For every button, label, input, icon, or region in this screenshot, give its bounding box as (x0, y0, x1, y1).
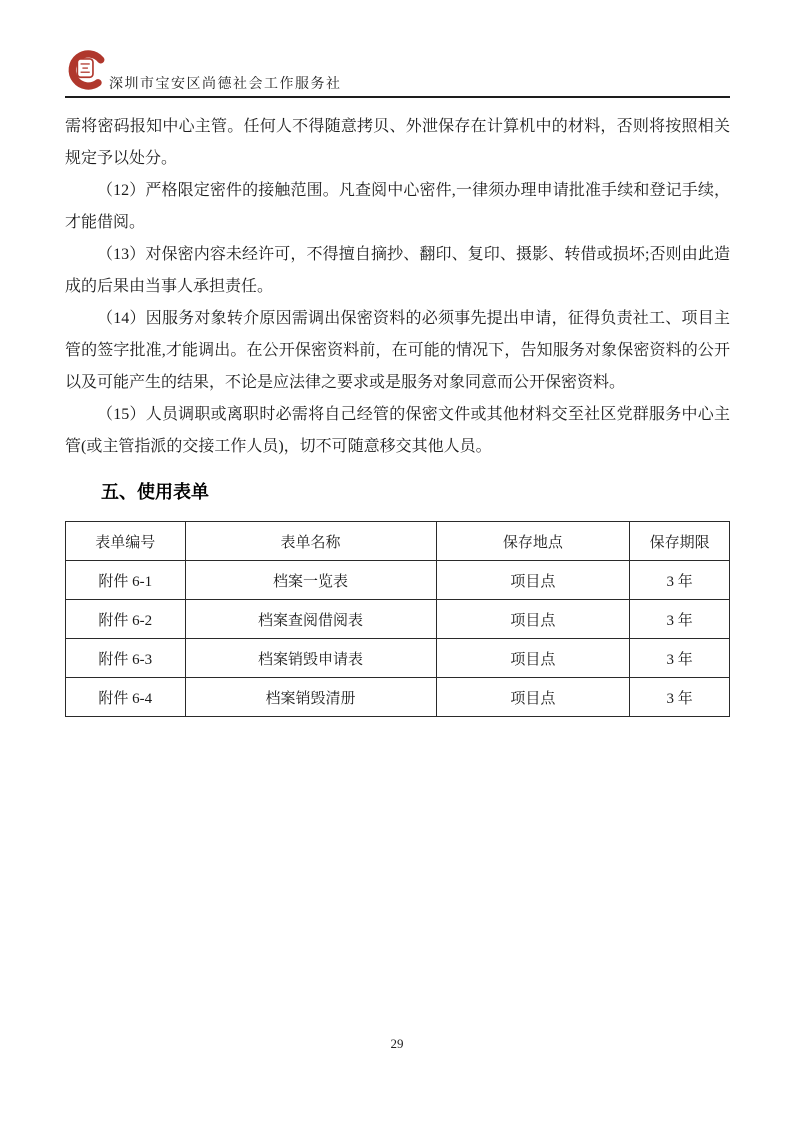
paragraph-item-12: （12）严格限定密件的接触范围。凡查阅中心密件,一律须办理申请批准手续和登记手续… (65, 175, 730, 239)
table-cell: 档案销毁清册 (185, 678, 436, 717)
table-cell: 3 年 (630, 561, 730, 600)
table-cell: 附件 6-1 (66, 561, 186, 600)
paragraph-item-15: （15）人员调职或离职时必需将自己经管的保密文件或其他材料交至社区党群服务中心主… (65, 399, 730, 463)
table-cell: 3 年 (630, 678, 730, 717)
table-cell: 档案销毁申请表 (185, 639, 436, 678)
org-logo-icon (65, 44, 109, 94)
document-page: 深圳市宝安区尚德社会工作服务社 需将密码报知中心主管。任何人不得随意拷贝、外泄保… (0, 0, 794, 1123)
table-cell: 档案查阅借阅表 (185, 600, 436, 639)
table-cell: 附件 6-3 (66, 639, 186, 678)
table-row: 附件 6-1 档案一览表 项目点 3 年 (66, 561, 730, 600)
paragraph-item-13: （13）对保密内容未经许可，不得擅自摘抄、翻印、复印、摄影、转借或损坏;否则由此… (65, 239, 730, 303)
table-cell: 档案一览表 (185, 561, 436, 600)
table-cell: 项目点 (436, 639, 630, 678)
page-content: 深圳市宝安区尚德社会工作服务社 需将密码报知中心主管。任何人不得随意拷贝、外泄保… (65, 44, 730, 717)
org-name: 深圳市宝安区尚德社会工作服务社 (109, 73, 342, 94)
section-heading: 五、使用表单 (101, 478, 730, 504)
page-header: 深圳市宝安区尚德社会工作服务社 (65, 44, 730, 98)
table-cell: 附件 6-2 (66, 600, 186, 639)
table-cell: 3 年 (630, 600, 730, 639)
table-header-row: 表单编号 表单名称 保存地点 保存期限 (66, 522, 730, 561)
body-text: 需将密码报知中心主管。任何人不得随意拷贝、外泄保存在计算机中的材料，否则将按照相… (65, 111, 730, 463)
column-header-form-code: 表单编号 (66, 522, 186, 561)
table-row: 附件 6-3 档案销毁申请表 项目点 3 年 (66, 639, 730, 678)
table-cell: 项目点 (436, 678, 630, 717)
page-number: 29 (0, 1036, 794, 1052)
table-cell: 3 年 (630, 639, 730, 678)
forms-table: 表单编号 表单名称 保存地点 保存期限 附件 6-1 档案一览表 项目点 3 年… (65, 521, 730, 717)
paragraph-continuation: 需将密码报知中心主管。任何人不得随意拷贝、外泄保存在计算机中的材料，否则将按照相… (65, 111, 730, 175)
column-header-save-place: 保存地点 (436, 522, 630, 561)
table-row: 附件 6-2 档案查阅借阅表 项目点 3 年 (66, 600, 730, 639)
paragraph-item-14: （14）因服务对象转介原因需调出保密资料的必须事先提出申请，征得负责社工、项目主… (65, 303, 730, 399)
table-row: 附件 6-4 档案销毁清册 项目点 3 年 (66, 678, 730, 717)
table-cell: 项目点 (436, 561, 630, 600)
column-header-save-term: 保存期限 (630, 522, 730, 561)
table-cell: 附件 6-4 (66, 678, 186, 717)
column-header-form-name: 表单名称 (185, 522, 436, 561)
table-cell: 项目点 (436, 600, 630, 639)
